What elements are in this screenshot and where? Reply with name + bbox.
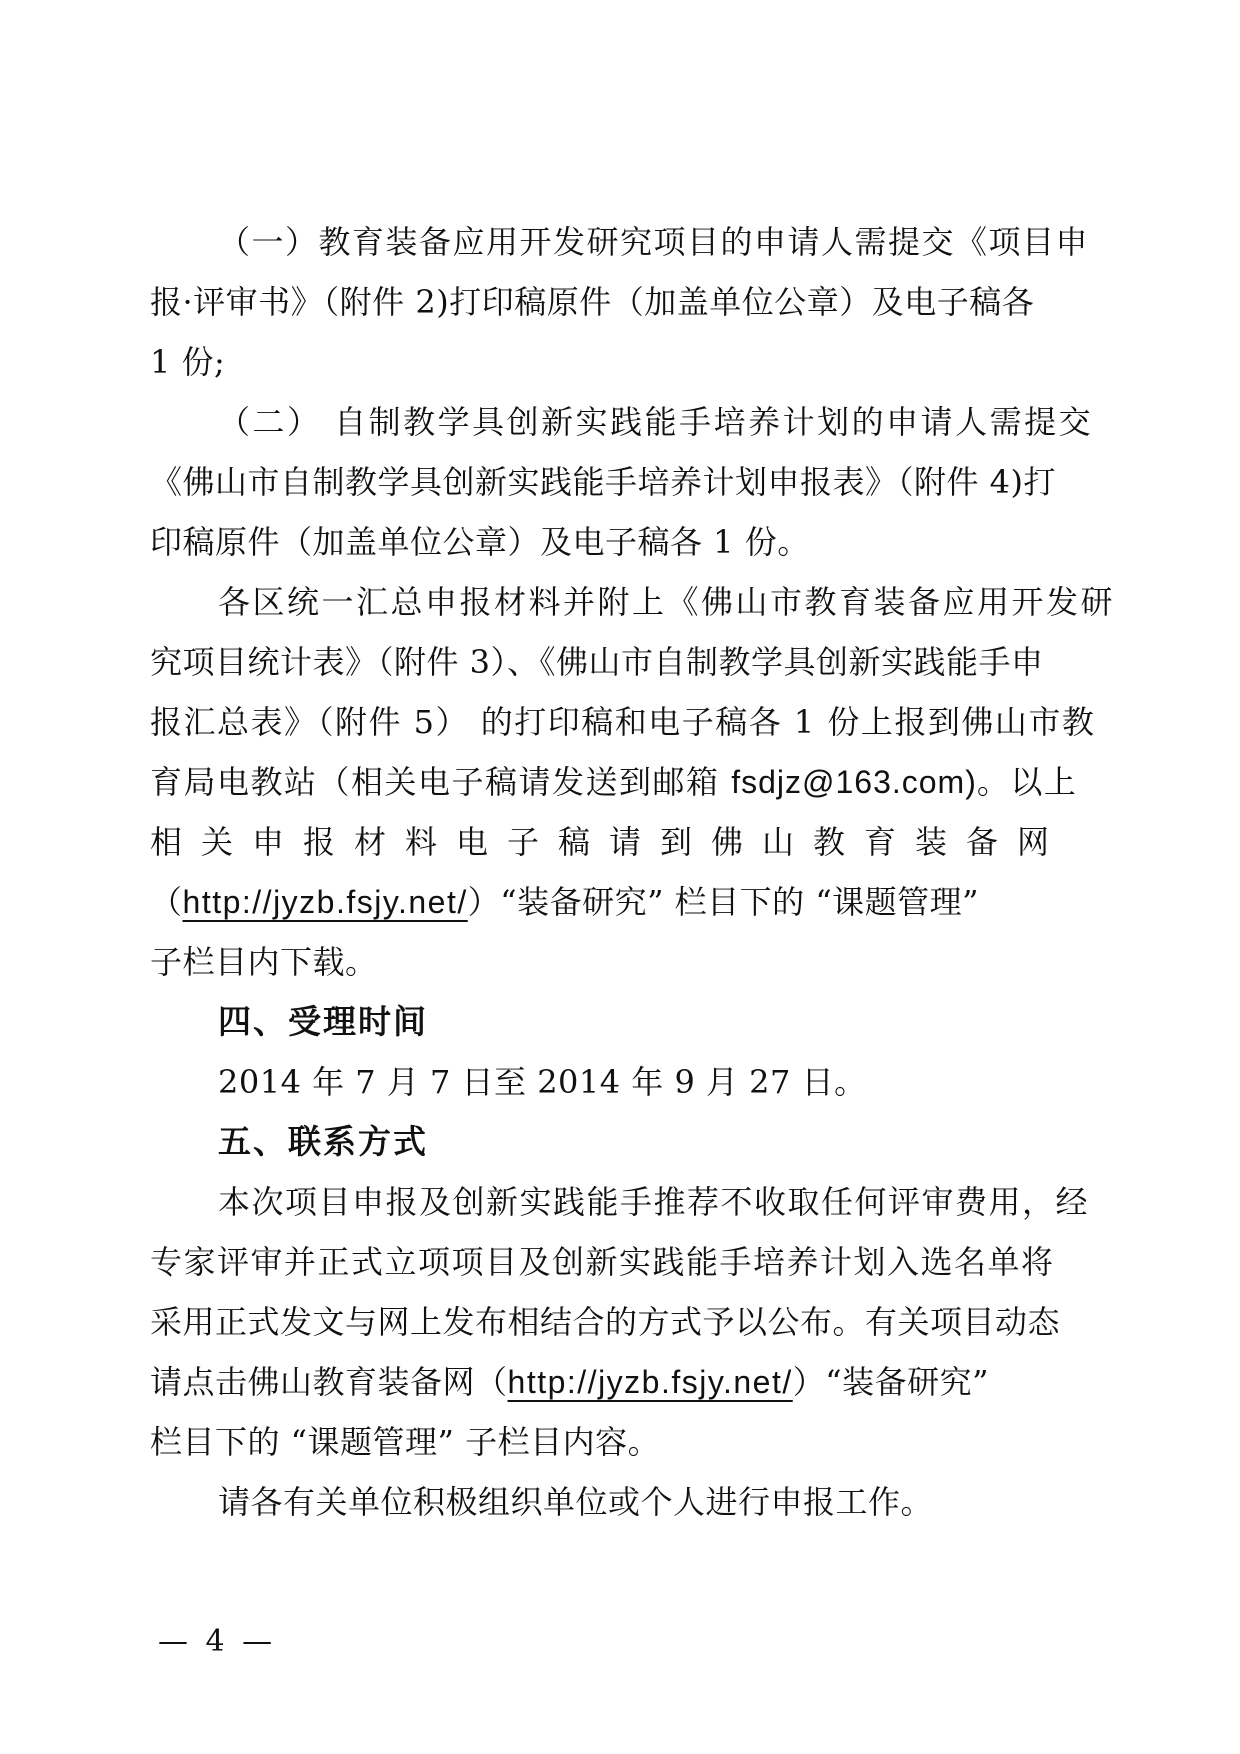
line-text: 育局电教站（相关电子稿请发送到邮箱 xyxy=(150,763,731,801)
doc-line-4: （二） 自制教学具创新实践能手培养计划的申请人需提交 xyxy=(150,392,1084,452)
page-number: — 4 — xyxy=(158,1622,276,1662)
doc-line-19: 采用正式发文与网上发布相结合的方式予以公布。有关项目动态 xyxy=(150,1292,1084,1352)
link-jyzb-url[interactable]: http://jyzb.fsjy.net/ xyxy=(508,1364,793,1400)
section-heading-accept-time: 四、受理时间 xyxy=(150,992,1084,1052)
doc-line-11: 相关申报材料电子稿请到佛山教育装备网 xyxy=(150,812,1084,872)
doc-line-20: 请点击佛山教育装备网（http://jyzb.fsjy.net/）“装备研究” xyxy=(150,1352,1084,1412)
line-text: 。以上 xyxy=(977,763,1078,801)
doc-line-21: 栏目下的 “课题管理” 子栏目内容。 xyxy=(150,1412,1084,1472)
doc-line-12: （http://jyzb.fsjy.net/）“装备研究” 栏目下的 “课题管理… xyxy=(150,872,1084,932)
document-page: （一）教育装备应用开发研究项目的申请人需提交《项目申 报·评审书》（附件 2)打… xyxy=(0,0,1240,1754)
line-text: ）“装备研究” 栏目下的 “课题管理” xyxy=(468,883,979,921)
doc-line-2: 报·评审书》（附件 2)打印稿原件（加盖单位公章）及电子稿各 xyxy=(150,272,1084,332)
doc-line-9: 报汇总表》（附件 5） 的打印稿和电子稿各 1 份上报到佛山市教 xyxy=(150,692,1084,752)
doc-line-1: （一）教育装备应用开发研究项目的申请人需提交《项目申 xyxy=(150,212,1084,272)
line-text: （ xyxy=(150,883,183,921)
line-text: 请点击佛山教育装备网（ xyxy=(150,1363,508,1401)
doc-line-3: 1 份; xyxy=(150,332,1084,392)
doc-line-18: 专家评审并正式立项项目及创新实践能手培养计划入选名单将 xyxy=(150,1232,1084,1292)
doc-line-8: 究项目统计表》（附件 3）、《佛山市自制教学具创新实践能手申 xyxy=(150,632,1084,692)
doc-line-17: 本次项目申报及创新实践能手推荐不收取任何评审费用，经 xyxy=(150,1172,1084,1232)
doc-line-15-date-range: 2014 年 7 月 7 日至 2014 年 9 月 27 日。 xyxy=(150,1052,1084,1112)
doc-line-22: 请各有关单位积极组织单位或个人进行申报工作。 xyxy=(150,1472,1084,1532)
doc-line-7: 各区统一汇总申报材料并附上《佛山市教育装备应用开发研 xyxy=(150,572,1084,632)
doc-line-6: 印稿原件（加盖单位公章）及电子稿各 1 份。 xyxy=(150,512,1084,572)
email-text: fsdjz@163.com) xyxy=(731,764,977,800)
document-body: （一）教育装备应用开发研究项目的申请人需提交《项目申 报·评审书》（附件 2)打… xyxy=(150,212,1084,1532)
link-jyzb-url[interactable]: http://jyzb.fsjy.net/ xyxy=(183,884,468,920)
doc-line-13: 子栏目内下载。 xyxy=(150,932,1084,992)
doc-line-10: 育局电教站（相关电子稿请发送到邮箱 fsdjz@163.com)。以上 xyxy=(150,752,1084,812)
section-heading-contact: 五、联系方式 xyxy=(150,1112,1084,1172)
doc-line-5: 《佛山市自制教学具创新实践能手培养计划申报表》（附件 4)打 xyxy=(150,452,1084,512)
line-text: ）“装备研究” xyxy=(793,1363,989,1401)
